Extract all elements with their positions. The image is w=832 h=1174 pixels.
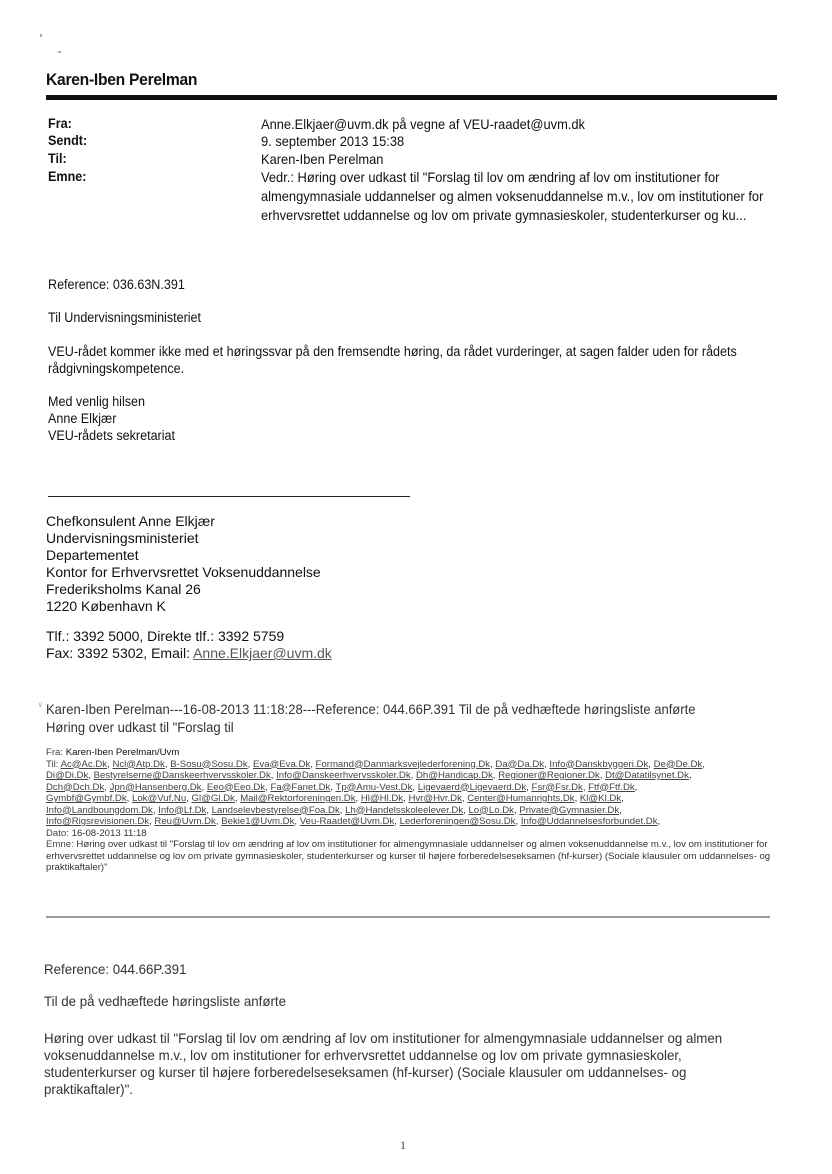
recipient-email-link[interactable]: Eva@Eva.Dk xyxy=(253,759,310,770)
recipient-email-link[interactable]: Ftf@Ftf.Dk xyxy=(588,782,635,793)
subject-label: Emne: xyxy=(48,168,87,184)
recipient-list: Ac@Ac.Dk, Ncl@Atp.Dk, B-Sosu@Sosu.Dk, Ev… xyxy=(46,759,705,828)
sender-name: Karen-Iben Perelman xyxy=(46,70,197,90)
recipient-email-link[interactable]: Info@Rigsrevisionen.Dk xyxy=(46,816,149,827)
recipient-email-link[interactable]: Info@Lf.Dk xyxy=(158,805,206,816)
signature-line: Chefkonsulent Anne Elkjær xyxy=(46,513,215,530)
original-addressee: Til de på vedhæftede høringsliste anført… xyxy=(44,993,286,1010)
to-value: Karen-Iben Perelman xyxy=(261,150,772,169)
recipient-email-link[interactable]: Info@Uddannelsesforbundet.Dk xyxy=(521,816,658,827)
reply-closing-3: VEU-rådets sekretariat xyxy=(48,427,175,444)
recipient-email-link[interactable]: Dh@Handicap.Dk xyxy=(416,770,493,781)
recipient-email-link[interactable]: Dt@Datatilsynet.Dk xyxy=(605,770,689,781)
original-from-value: Karen-Iben Perelman/Uvm xyxy=(66,747,180,758)
recipient-email-link[interactable]: Bestyrelserne@Danskeerhvervsskoler.Dk xyxy=(94,770,271,781)
forwarded-summary: ∨ Karen-Iben Perelman---16-08-2013 11:18… xyxy=(46,700,734,736)
recipient-email-link[interactable]: Dch@Dch.Dk xyxy=(46,782,104,793)
original-from: Fra: Karen-Iben Perelman/Uvm xyxy=(46,747,776,759)
recipient-email-link[interactable]: Eeo@Eeo.Dk xyxy=(207,782,265,793)
page-number: 1 xyxy=(400,1138,406,1153)
recipient-email-link[interactable]: Lo@Lo.Dk xyxy=(468,805,513,816)
recipient-email-link[interactable]: Info@Landboungdom.Dk xyxy=(46,805,153,816)
recipient-email-link[interactable]: Lederforeningen@Sosu.Dk xyxy=(400,816,516,827)
original-date-value: 16-08-2013 11:18 xyxy=(72,828,147,839)
reply-body: VEU-rådet kommer ikke med et høringssvar… xyxy=(48,343,792,377)
scan-artifact xyxy=(40,34,42,37)
from-label: Fra: xyxy=(48,115,72,131)
recipient-email-link[interactable]: Jpn@Hansenberg.Dk xyxy=(110,782,202,793)
original-reference: Reference: 044.66P.391 xyxy=(44,961,186,978)
recipient-email-link[interactable]: Center@Humanrights.Dk xyxy=(467,793,574,804)
signature-email-link[interactable]: Anne.Elkjaer@uvm.dk xyxy=(193,645,332,661)
recipient-email-link[interactable]: Info@Danskbyggeri.Dk xyxy=(549,759,648,770)
reply-reference: Reference: 036.63N.391 xyxy=(48,276,185,293)
recipient-email-link[interactable]: Ac@Ac.Dk xyxy=(61,759,108,770)
recipient-email-link[interactable]: Regioner@Regioner.Dk xyxy=(498,770,599,781)
original-subject-label: Emne: xyxy=(46,839,76,850)
signature-phone: Tlf.: 3392 5000, Direkte tlf.: 3392 5759 xyxy=(46,628,284,645)
recipient-email-link[interactable]: Di@Di.Dk xyxy=(46,770,88,781)
recipient-email-link[interactable]: B-Sosu@Sosu.Dk xyxy=(170,759,247,770)
reply-closing-2: Anne Elkjær xyxy=(48,410,116,427)
recipient-email-link[interactable]: Da@Da.Dk xyxy=(495,759,544,770)
original-date-label: Dato: xyxy=(46,828,72,839)
recipient-email-link[interactable]: Lok@Vuf.Nu xyxy=(132,793,186,804)
sent-value: 9. september 2013 15:38 xyxy=(261,132,772,151)
signature-rule xyxy=(48,496,410,497)
recipient-email-link[interactable]: Hl@Hl.Dk xyxy=(361,793,403,804)
recipient-email-link[interactable]: Fsr@Fsr.Dk xyxy=(532,782,583,793)
original-body-text: Høring over udkast til "Forslag til lov … xyxy=(44,1030,766,1098)
original-from-label: Fra: xyxy=(46,747,66,758)
recipient-email-link[interactable]: Bekie1@Uvm.Dk xyxy=(221,816,294,827)
recipient-email-link[interactable]: Kl@Kl.Dk xyxy=(580,793,621,804)
original-to-label: Til: xyxy=(46,759,61,770)
recipient-email-link[interactable]: Mail@Rektorforeningen.Dk xyxy=(240,793,355,804)
sent-label: Sendt: xyxy=(48,132,87,148)
original-date: Dato: 16-08-2013 11:18 xyxy=(46,828,776,840)
recipient-email-link[interactable]: Ligevaerd@Ligevaerd.Dk xyxy=(418,782,526,793)
original-subject-value: Høring over udkast til "Forslag til lov … xyxy=(46,839,770,873)
signature-line: Kontor for Erhvervsrettet Voksenuddannel… xyxy=(46,564,321,581)
reply-addressee: Til Undervisningsministeriet xyxy=(48,309,201,326)
recipient-email-link[interactable]: Veu-Raadet@Uvm.Dk xyxy=(300,816,395,827)
expand-marker-icon[interactable]: ∨ xyxy=(38,696,43,714)
recipient-email-link[interactable]: Gymbf@Gymbf.Dk xyxy=(46,793,127,804)
signature-line: Frederiksholms Kanal 26 xyxy=(46,581,201,598)
recipient-email-link[interactable]: Formand@Danmarksvejlederforening.Dk xyxy=(316,759,491,770)
recipient-email-link[interactable]: De@De.Dk xyxy=(654,759,703,770)
recipient-email-link[interactable]: Fa@Fanet.Dk xyxy=(270,782,330,793)
recipient-email-link[interactable]: Hvr@Hvr.Dk xyxy=(408,793,461,804)
reply-closing-1: Med venlig hilsen xyxy=(48,393,145,410)
recipient-email-link[interactable]: Tp@Amu-Vest.Dk xyxy=(335,782,412,793)
recipient-email-link[interactable]: Private@Gymnasier.Dk xyxy=(519,805,619,816)
signature-fax: Fax: 3392 5302, Email: xyxy=(46,645,193,661)
signature-line: 1220 København K xyxy=(46,598,166,615)
recipient-email-link[interactable]: Reu@Uvm.Dk xyxy=(154,816,215,827)
header-rule xyxy=(46,95,777,100)
signature-fax-email: Fax: 3392 5302, Email: Anne.Elkjaer@uvm.… xyxy=(46,645,332,662)
signature-line: Undervisningsministeriet xyxy=(46,530,199,547)
original-subject: Emne: Høring over udkast til "Forslag ti… xyxy=(46,839,776,874)
original-meta: Fra: Karen-Iben Perelman/Uvm Til: Ac@Ac.… xyxy=(46,747,776,874)
to-label: Til: xyxy=(48,150,67,166)
subject-value: Vedr.: Høring over udkast til "Forslag t… xyxy=(261,168,776,225)
recipient-email-link[interactable]: Info@Danskeerhvervsskoler.Dk xyxy=(276,770,411,781)
recipient-email-link[interactable]: Lh@Handelsskoleelever.Dk xyxy=(345,805,463,816)
recipient-email-link[interactable]: Gl@Gl.Dk xyxy=(192,793,235,804)
original-to: Til: Ac@Ac.Dk, Ncl@Atp.Dk, B-Sosu@Sosu.D… xyxy=(46,759,776,828)
signature-line: Departementet xyxy=(46,547,139,564)
recipient-email-link[interactable]: Ncl@Atp.Dk xyxy=(112,759,164,770)
scan-artifact xyxy=(58,51,61,53)
section-divider xyxy=(46,916,770,918)
recipient-email-link[interactable]: Landselevbestyrelse@Foa.Dk xyxy=(212,805,340,816)
